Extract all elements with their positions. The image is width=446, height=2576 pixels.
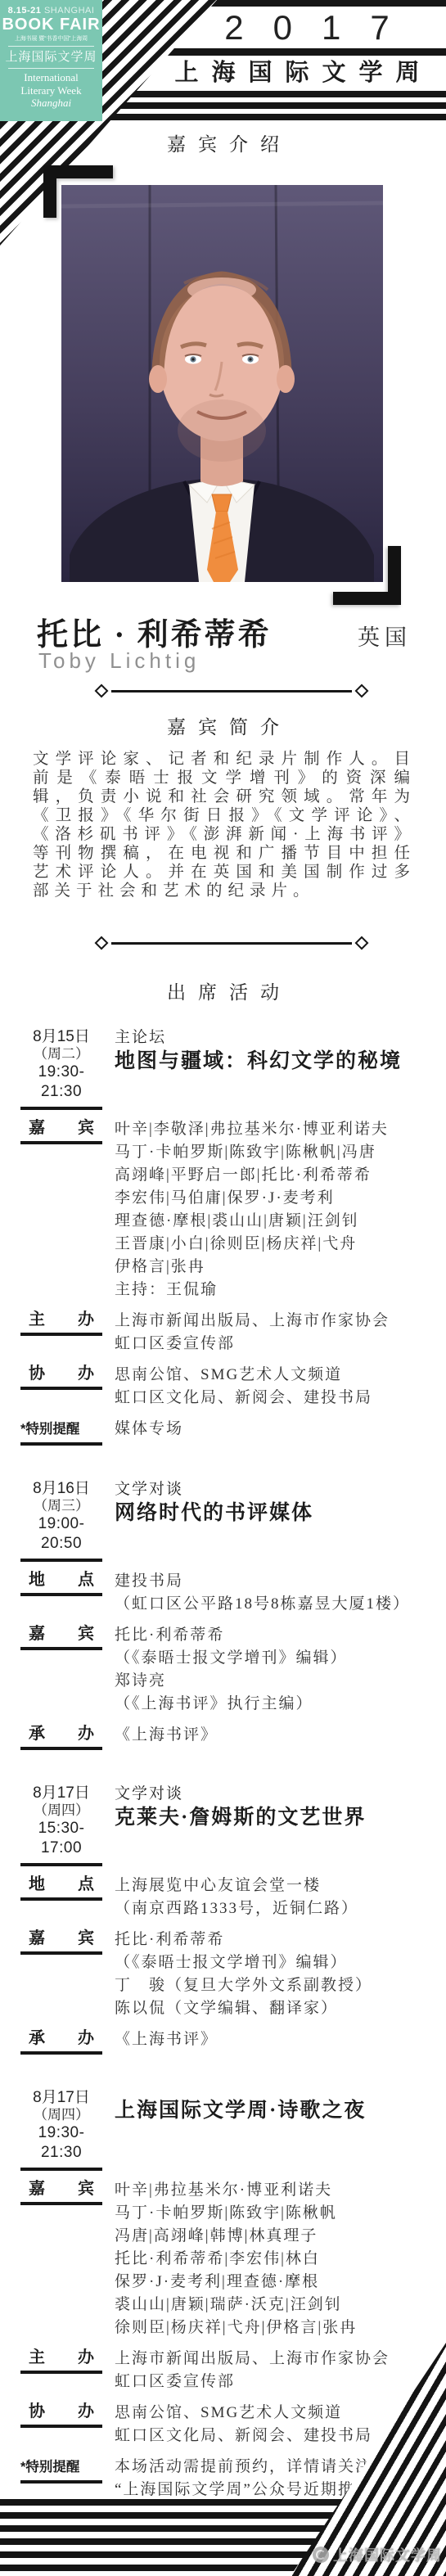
- badge-week-cn: 上海国际文学周: [0, 50, 102, 65]
- portrait-illustration: [61, 185, 383, 582]
- event-row: 主办 上海市新闻出版局、上海市作家协会 虹口区委宣传部: [20, 2348, 434, 2393]
- badge-week-en-2: Literary Week: [0, 85, 102, 97]
- bio-heading: 嘉宾简介: [0, 712, 446, 739]
- event-row: 地点 建投书局 （虹口区公平路18号8栋嘉昱大厦1楼）: [20, 1570, 434, 1616]
- row-content-guests: 叶辛|弗拉基米尔·博亚利诺夫 马丁·卡帕罗斯|陈致宇|陈楸帆 冯唐|高翊峰|韩博…: [115, 2179, 434, 2339]
- row-label-guests: 嘉宾: [20, 2179, 102, 2205]
- badge-subtitle: 上海书展 暨“书香中国”上海周: [4, 34, 98, 42]
- event-title: 上海国际文学周·诗歌之夜: [115, 2089, 434, 2125]
- row-label-guests: 嘉宾: [20, 1929, 102, 1955]
- corner-bracket-bottom-right: [333, 546, 401, 605]
- row-label-special-note: *特别提醒: [20, 2456, 102, 2484]
- row-label-guests: 嘉宾: [20, 1624, 102, 1650]
- event-date: 8月17日 （周四） 19:30-21:30: [20, 2089, 102, 2171]
- badge-date-range: 8.15-21: [8, 6, 42, 16]
- badge-divider: [8, 46, 94, 47]
- event-type: 文学对谈: [115, 1480, 434, 1500]
- event-date-day: 8月17日: [20, 2089, 102, 2107]
- event-title: 克莱夫·詹姆斯的文艺世界: [115, 1804, 434, 1832]
- footer-watermark: 上海国际文学周: [313, 2544, 442, 2565]
- event-date-time: 19:00-20:50: [20, 1514, 102, 1554]
- event-date-day: 8月16日: [20, 1480, 102, 1498]
- event-row: 主办 上海市新闻出版局、上海市作家协会 虹口区委宣传部: [20, 1310, 434, 1356]
- event-title: 网络时代的书评媒体: [115, 1500, 434, 1527]
- row-label-host-org: 主办: [20, 2348, 102, 2374]
- guest-name-row: 托比 · 利希蒂希 英国: [37, 609, 413, 654]
- event-row: 嘉宾 托比·利希蒂希 （《泰晤士报文学增刊》编辑） 丁 骏（复旦大学外文系副教授…: [20, 1929, 434, 2020]
- row-content-venue: 建投书局 （虹口区公平路18号8栋嘉昱大厦1楼）: [115, 1570, 434, 1616]
- watermark-text: 上海国际文学周: [333, 2544, 442, 2565]
- guest-country: 英国: [358, 620, 413, 652]
- event-card-4: 8月17日 （周四） 19:30-21:30 上海国际文学周·诗歌之夜 嘉宾 叶…: [20, 2089, 434, 2502]
- badge-dates: 8.15-21 SHANGHAI: [0, 6, 102, 16]
- event-date: 8月16日 （周三） 19:00-20:50: [20, 1480, 102, 1562]
- event-titles: 上海国际文学周·诗歌之夜: [115, 2089, 434, 2125]
- event-date-week: （周三）: [20, 1498, 102, 1514]
- event-date-time: 19:30-21:30: [20, 2123, 102, 2163]
- row-content-venue: 上海展览中心友谊会堂一楼 （南京西路1333号，近铜仁路）: [115, 1874, 434, 1920]
- section-divider: [97, 686, 367, 696]
- event-card-2: 8月16日 （周三） 19:00-20:50 文学对谈 网络时代的书评媒体 地点…: [20, 1480, 434, 1750]
- row-content-co-org: 思南公馆、SMG艺术人文频道 虹口区文化局、新阅会、建投书局: [115, 1364, 434, 1410]
- diamond-icon: [355, 684, 369, 698]
- row-content-host-org: 上海市新闻出版局、上海市作家协会 虹口区委宣传部: [115, 2348, 434, 2393]
- row-content-organizer: 《上海书评》: [115, 2028, 434, 2051]
- event-header: 8月15日 （周二） 19:30-21:30 主论坛 地图与疆域：科幻文学的秘境: [20, 1028, 434, 1110]
- row-label-venue: 地点: [20, 1570, 102, 1596]
- row-content-special-note: 媒体专场: [115, 1418, 434, 1441]
- event-row: 嘉宾 叶辛|李敬泽|弗拉基米尔·博亚利诺夫 马丁·卡帕罗斯|陈致宇|陈楸帆|冯唐…: [20, 1118, 434, 1302]
- row-content-host-org: 上海市新闻出版局、上海市作家协会 虹口区委宣传部: [115, 1310, 434, 1356]
- corner-bracket-top-left: [43, 165, 113, 218]
- badge-week-en-1: International: [0, 72, 102, 83]
- badge-divider: [8, 68, 94, 69]
- event-row: 地点 上海展览中心友谊会堂一楼 （南京西路1333号，近铜仁路）: [20, 1874, 434, 1920]
- event-type: 文学对谈: [115, 1784, 434, 1804]
- event-row: 协办 思南公馆、SMG艺术人文频道 虹口区文化局、新阅会、建投书局: [20, 1364, 434, 1410]
- diamond-icon: [355, 936, 369, 950]
- guest-bio-text: 文学评论家、记者和纪录片制作人。目前是《泰晤士报文学增刊》的资深编辑，负责小说和…: [33, 750, 416, 900]
- poster-page: 2017 上海国际文学周 8.15-21 SHANGHAI BOOK FAIR …: [0, 0, 446, 2576]
- event-row: 承办 《上海书评》: [20, 1724, 434, 1750]
- badge-script-shanghai: Shanghai: [0, 97, 102, 110]
- row-content-guests: 托比·利希蒂希 （《泰晤士报文学增刊》编辑） 郑诗亮 （《上海书评》执行主编）: [115, 1624, 434, 1716]
- row-content-organizer: 《上海书评》: [115, 1724, 434, 1747]
- row-label-guests: 嘉宾: [20, 1118, 102, 1144]
- event-row: 协办 思南公馆、SMG艺术人文频道 虹口区文化局、新阅会、建投书局: [20, 2402, 434, 2447]
- row-label-special-note: *特别提醒: [20, 1418, 102, 1446]
- event-titles: 主论坛 地图与疆域：科幻文学的秘境: [115, 1028, 434, 1076]
- event-row: 承办 《上海书评》: [20, 2028, 434, 2055]
- event-date-day: 8月15日: [20, 1028, 102, 1046]
- row-content-guests: 叶辛|李敬泽|弗拉基米尔·博亚利诺夫 马丁·卡帕罗斯|陈致宇|陈楸帆|冯唐 高翊…: [115, 1118, 434, 1302]
- event-date-day: 8月17日: [20, 1784, 102, 1802]
- event-date-week: （周四）: [20, 2107, 102, 2123]
- event-card-1: 8月15日 （周二） 19:30-21:30 主论坛 地图与疆域：科幻文学的秘境…: [20, 1028, 434, 1446]
- row-content-guests: 托比·利希蒂希 （《泰晤士报文学增刊》编辑） 丁 骏（复旦大学外文系副教授） 陈…: [115, 1929, 434, 2020]
- divider-line: [111, 942, 352, 945]
- events-list: 8月15日 （周二） 19:30-21:30 主论坛 地图与疆域：科幻文学的秘境…: [20, 1028, 434, 2536]
- guest-photo: [61, 185, 383, 582]
- event-date: 8月17日 （周四） 15:30-17:00: [20, 1784, 102, 1866]
- row-label-venue: 地点: [20, 1874, 102, 1901]
- events-heading: 出席活动: [0, 977, 446, 1004]
- event-date-week: （周四）: [20, 1802, 102, 1819]
- book-fair-badge: 8.15-21 SHANGHAI BOOK FAIR 上海书展 暨“书香中国”上…: [0, 0, 102, 121]
- row-label-organizer: 承办: [20, 1724, 102, 1750]
- event-type: 主论坛: [115, 1028, 434, 1048]
- guest-name-cn: 托比 · 利希蒂希: [37, 609, 272, 654]
- divider-line: [111, 690, 352, 692]
- event-date-time: 15:30-17:00: [20, 1819, 102, 1858]
- row-label-host-org: 主办: [20, 1310, 102, 1336]
- event-row: *特别提醒 媒体专场: [20, 1418, 434, 1446]
- badge-title: BOOK FAIR: [0, 16, 102, 34]
- section-divider: [97, 938, 367, 948]
- event-header: 8月17日 （周四） 19:30-21:30 上海国际文学周·诗歌之夜: [20, 2089, 434, 2171]
- guest-name-en: Toby Lichtig: [38, 648, 200, 674]
- diamond-icon: [95, 936, 109, 950]
- row-label-co-org: 协办: [20, 2402, 102, 2428]
- event-titles: 文学对谈 网络时代的书评媒体: [115, 1480, 434, 1527]
- event-row: 嘉宾 叶辛|弗拉基米尔·博亚利诺夫 马丁·卡帕罗斯|陈致宇|陈楸帆 冯唐|高翊峰…: [20, 2179, 434, 2339]
- event-header: 8月16日 （周三） 19:00-20:50 文学对谈 网络时代的书评媒体: [20, 1480, 434, 1562]
- event-card-3: 8月17日 （周四） 15:30-17:00 文学对谈 克莱夫·詹姆斯的文艺世界…: [20, 1784, 434, 2055]
- literary-week-logo-icon: [313, 2547, 329, 2563]
- row-label-co-org: 协办: [20, 1364, 102, 1390]
- event-titles: 文学对谈 克莱夫·詹姆斯的文艺世界: [115, 1784, 434, 1832]
- event-row: 嘉宾 托比·利希蒂希 （《泰晤士报文学增刊》编辑） 郑诗亮 （《上海书评》执行主…: [20, 1624, 434, 1716]
- event-header: 8月17日 （周四） 15:30-17:00 文学对谈 克莱夫·詹姆斯的文艺世界: [20, 1784, 434, 1866]
- event-date-week: （周二）: [20, 1046, 102, 1062]
- event-title: 地图与疆域：科幻文学的秘境: [115, 1048, 434, 1076]
- event-date: 8月15日 （周二） 19:30-21:30: [20, 1028, 102, 1110]
- badge-city: SHANGHAI: [44, 6, 94, 16]
- row-label-organizer: 承办: [20, 2028, 102, 2055]
- diamond-icon: [95, 684, 109, 698]
- event-date-time: 19:30-21:30: [20, 1062, 102, 1102]
